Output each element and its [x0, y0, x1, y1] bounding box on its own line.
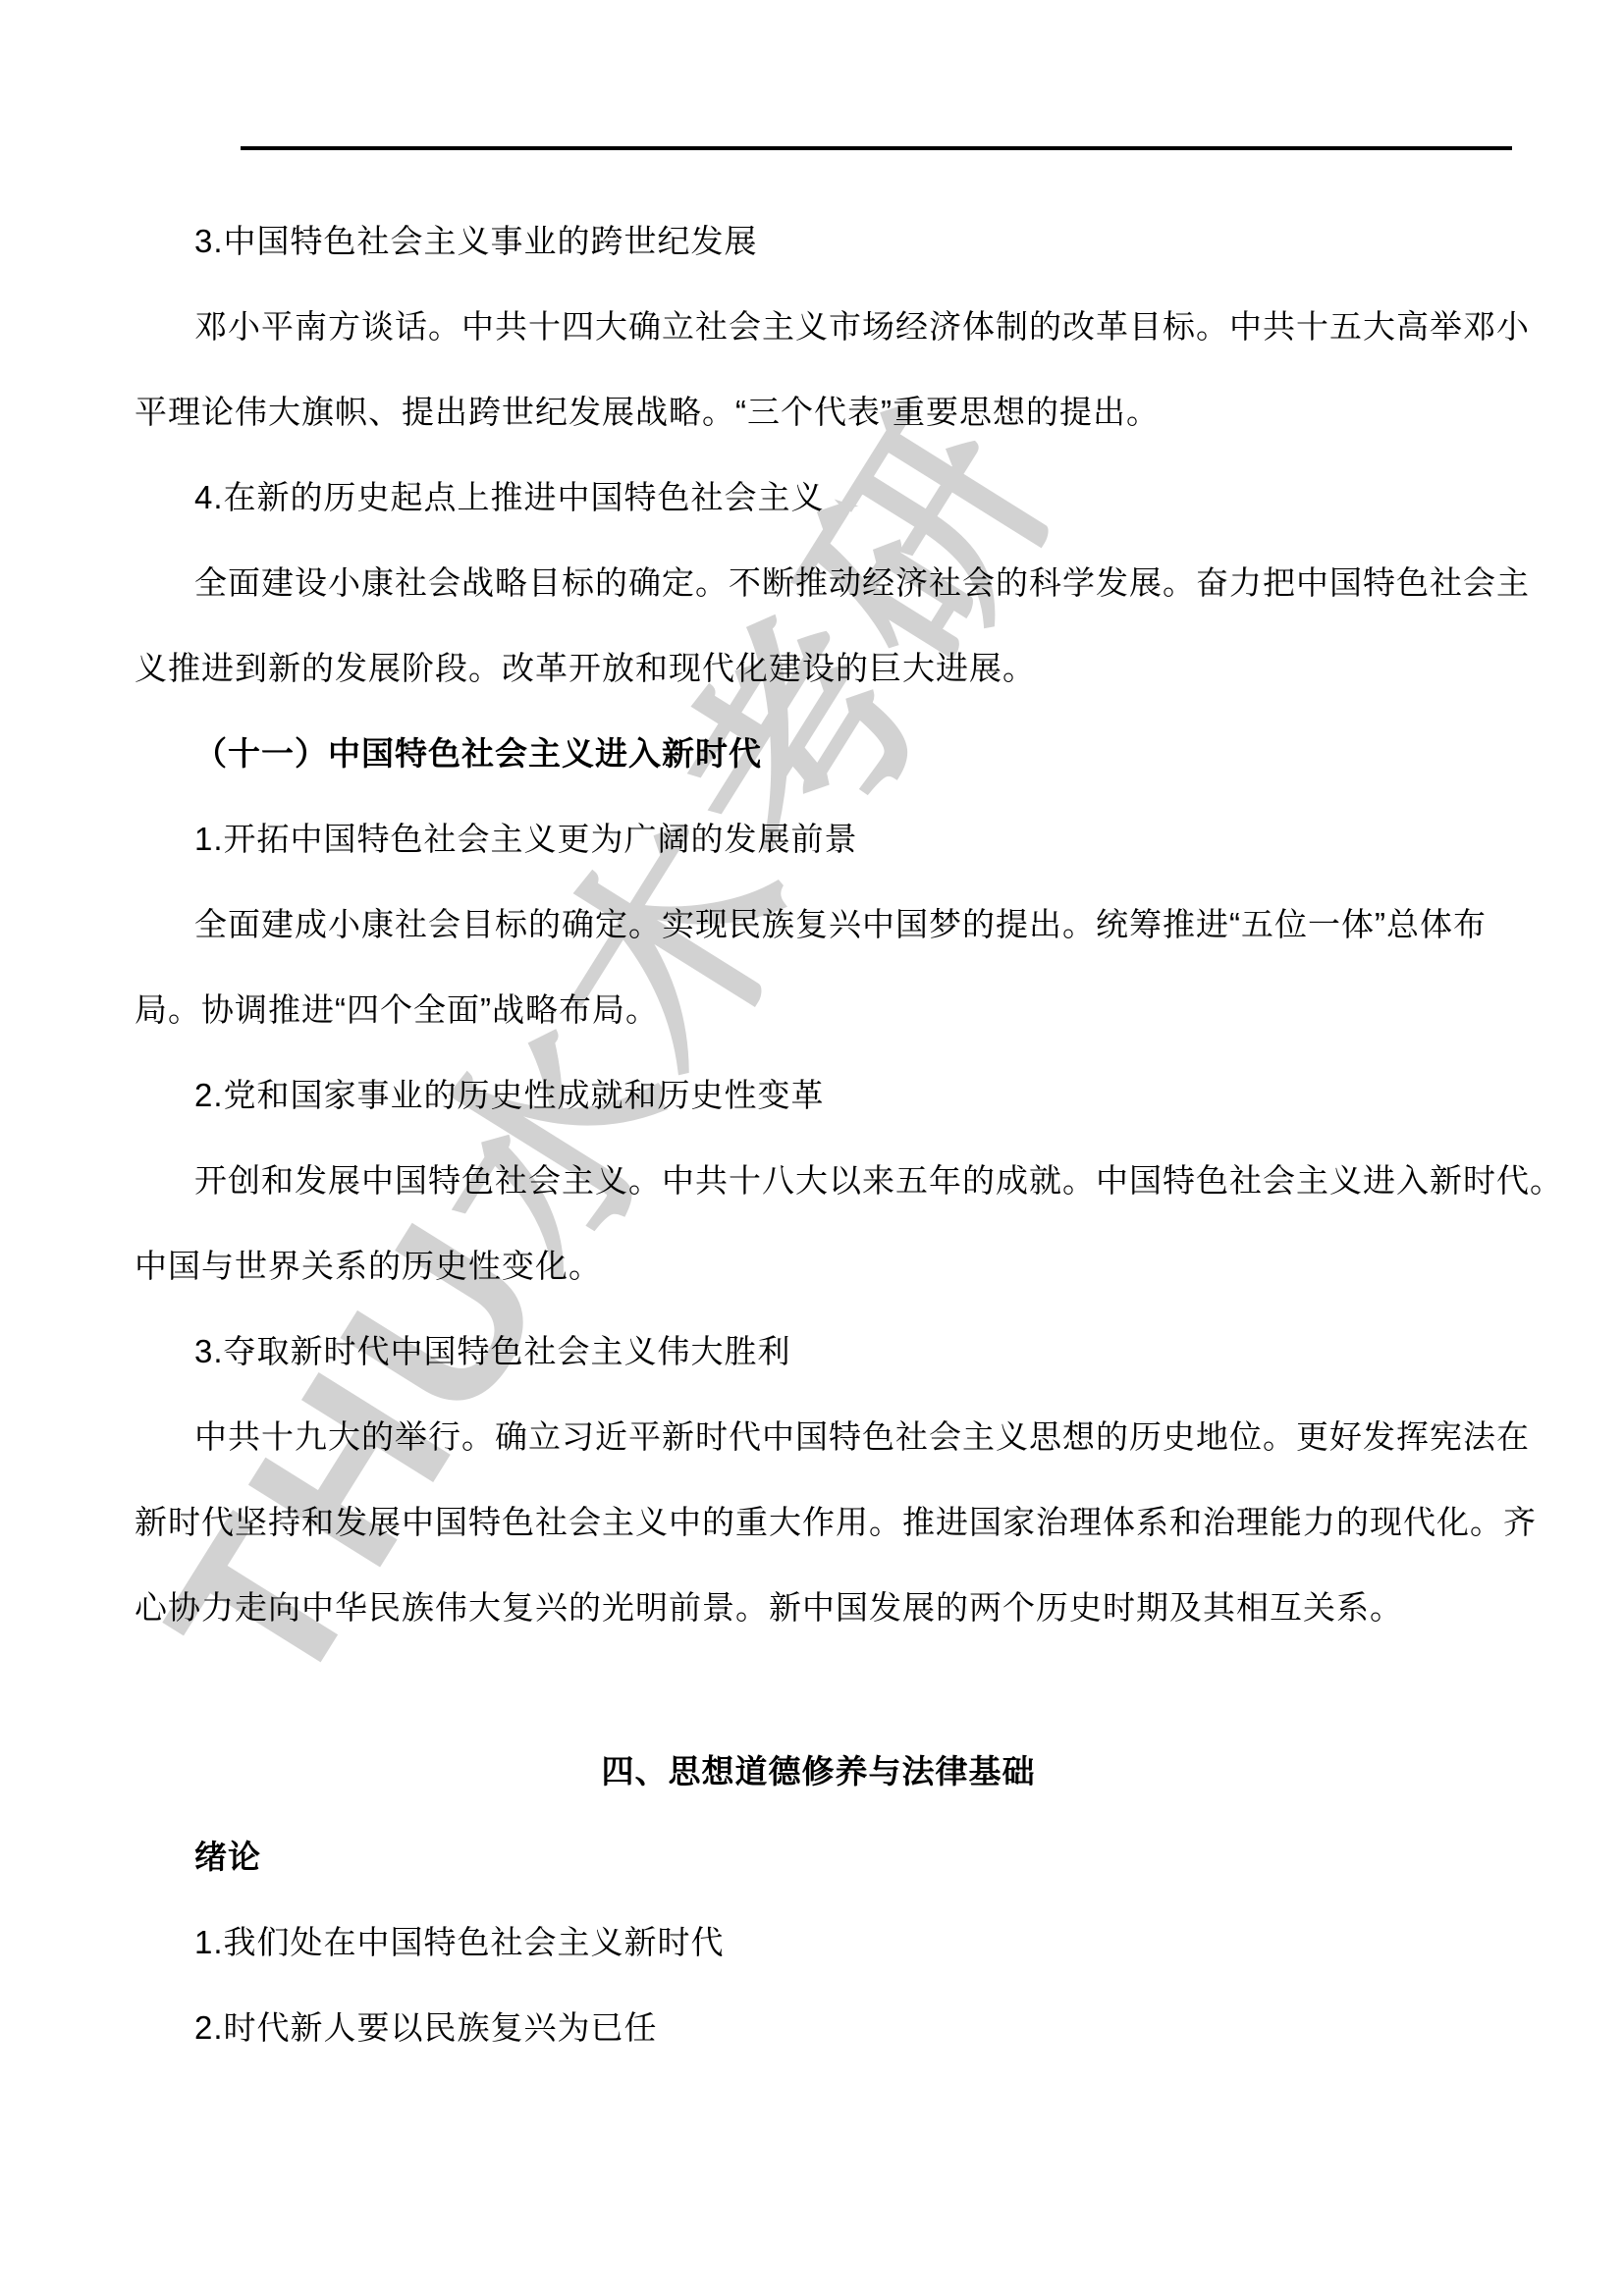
doc-line: （十一）中国特色社会主义进入新时代 — [135, 711, 1502, 796]
doc-line: 中共十九大的举行。确立习近平新时代中国特色社会主义思想的历史地位。更好发挥宪法在 — [135, 1394, 1502, 1479]
doc-line: 心协力走向中华民族伟大复兴的光明前景。新中国发展的两个历史时期及其相互关系。 — [135, 1565, 1502, 1650]
doc-line: 开创和发展中国特色社会主义。中共十八大以来五年的成就。中国特色社会主义进入新时代… — [135, 1138, 1502, 1223]
doc-line: 局。协调推进“四个全面”战略布局。 — [135, 967, 1502, 1052]
document-body: 3.中国特色社会主义事业的跨世纪发展邓小平南方谈话。中共十四大确立社会主义市场经… — [135, 198, 1502, 2070]
document-page: { "page": { "kind": "syllabus-document-p… — [0, 0, 1624, 2296]
header-rule — [241, 146, 1512, 150]
doc-line: 四、思想道德修养与法律基础 — [135, 1729, 1502, 1814]
doc-line: 邓小平南方谈话。中共十四大确立社会主义市场经济体制的改革目标。中共十五大高举邓小 — [135, 284, 1502, 369]
doc-line: 义推进到新的发展阶段。改革开放和现代化建设的巨大进展。 — [135, 625, 1502, 711]
doc-line: 2.党和国家事业的历史性成就和历史性变革 — [135, 1052, 1502, 1138]
doc-line: 3.夺取新时代中国特色社会主义伟大胜利 — [135, 1308, 1502, 1394]
doc-line: 新时代坚持和发展中国特色社会主义中的重大作用。推进国家治理体系和治理能力的现代化… — [135, 1479, 1502, 1565]
doc-line: 平理论伟大旗帜、提出跨世纪发展战略。“三个代表”重要思想的提出。 — [135, 369, 1502, 454]
doc-line: 4.在新的历史起点上推进中国特色社会主义 — [135, 454, 1502, 540]
doc-line: 1.开拓中国特色社会主义更为广阔的发展前景 — [135, 796, 1502, 881]
doc-line: 2.时代新人要以民族复兴为已任 — [135, 1985, 1502, 2070]
doc-line: 全面建成小康社会目标的确定。实现民族复兴中国梦的提出。统筹推进“五位一体”总体布 — [135, 881, 1502, 967]
doc-line: 中国与世界关系的历史性变化。 — [135, 1223, 1502, 1308]
doc-line: 全面建设小康社会战略目标的确定。不断推动经济社会的科学发展。奋力把中国特色社会主 — [135, 540, 1502, 625]
doc-line: 绪论 — [135, 1814, 1502, 1899]
doc-line: 3.中国特色社会主义事业的跨世纪发展 — [135, 198, 1502, 284]
doc-line: 1.我们处在中国特色社会主义新时代 — [135, 1899, 1502, 1985]
